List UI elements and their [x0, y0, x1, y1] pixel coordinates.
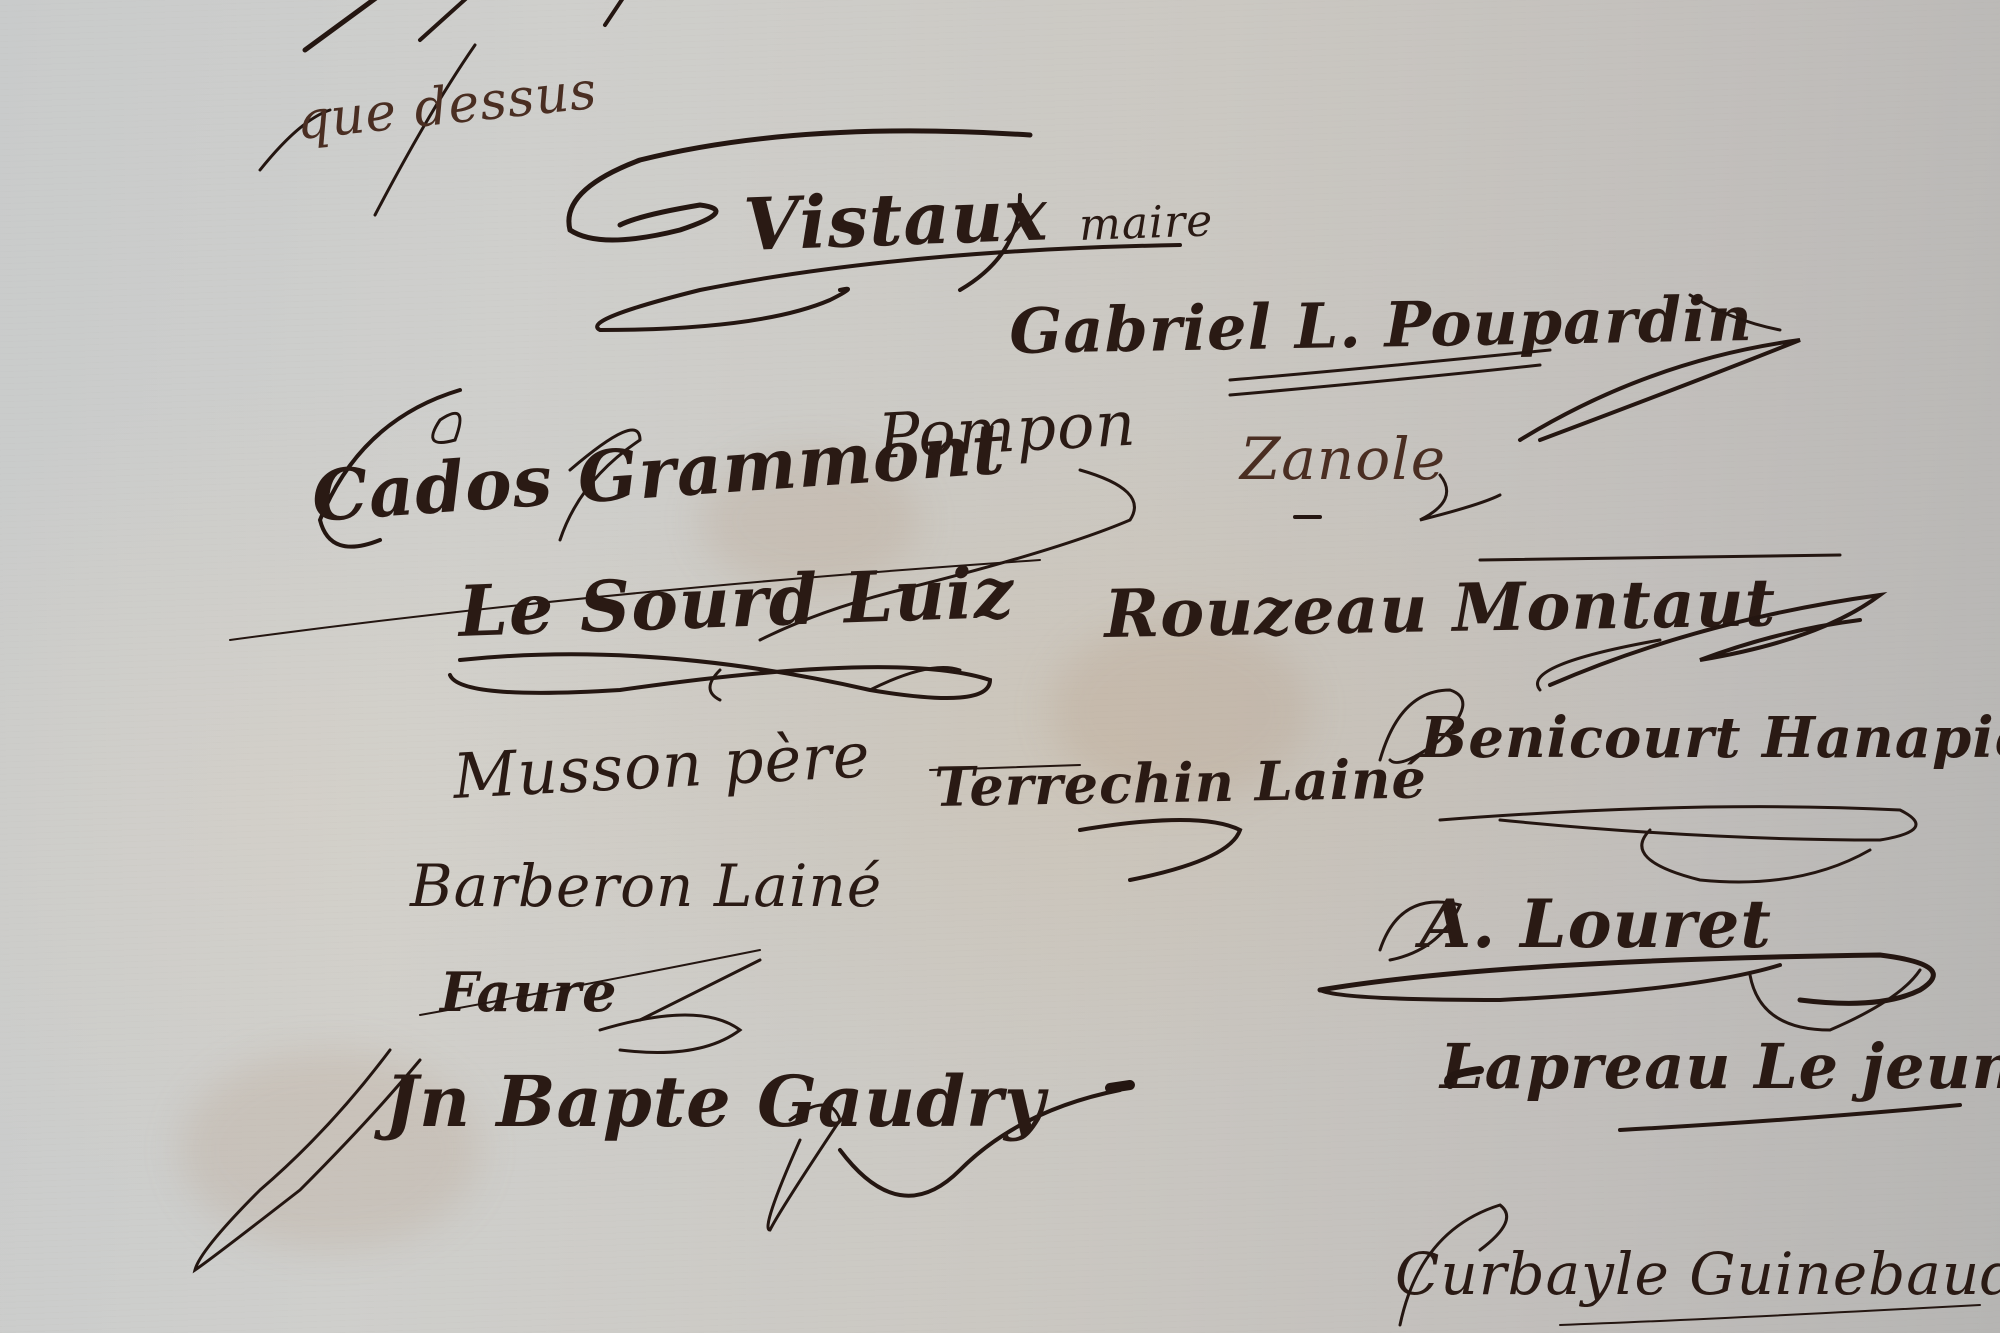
signature-faure: Faure [440, 960, 617, 1024]
signature-musson-pere: Musson père [451, 718, 872, 813]
signature-rouzeau-montaut: Rouzeau Montaut [1104, 563, 1777, 653]
signature-gabriel-poupardin: Gabriel L. Poupardin [1009, 282, 1754, 368]
signature-le-sourd-luiz: Le Sourd Luiz [457, 551, 1015, 653]
signature-vistaux: Vistaux [742, 171, 1049, 267]
signature-terrechin-laine: Terrechin Lainé [934, 746, 1427, 819]
signature-curbayle-guinebaud: Curbayle Guinebaud [1395, 1240, 2000, 1308]
signature-a-louret: A. Louret [1420, 885, 1772, 963]
signature-jn-baptiste-gaudry: Jn Bapte Gaudry [385, 1060, 1046, 1143]
signature-vistaux-title: maire [1078, 195, 1214, 251]
signature-lapreau-le-jeune: Lapreau Le jeune [1440, 1030, 2000, 1103]
signature-pompon: Pompon [876, 387, 1138, 473]
signature-barberon-laine: Barberon Lainé [410, 852, 882, 920]
header-fragment-text: que dessus [294, 61, 600, 152]
signature-benicourt-hanapier: Benicourt Hanapier [1420, 705, 2000, 771]
signature-zanole: Zanole [1240, 425, 1446, 493]
